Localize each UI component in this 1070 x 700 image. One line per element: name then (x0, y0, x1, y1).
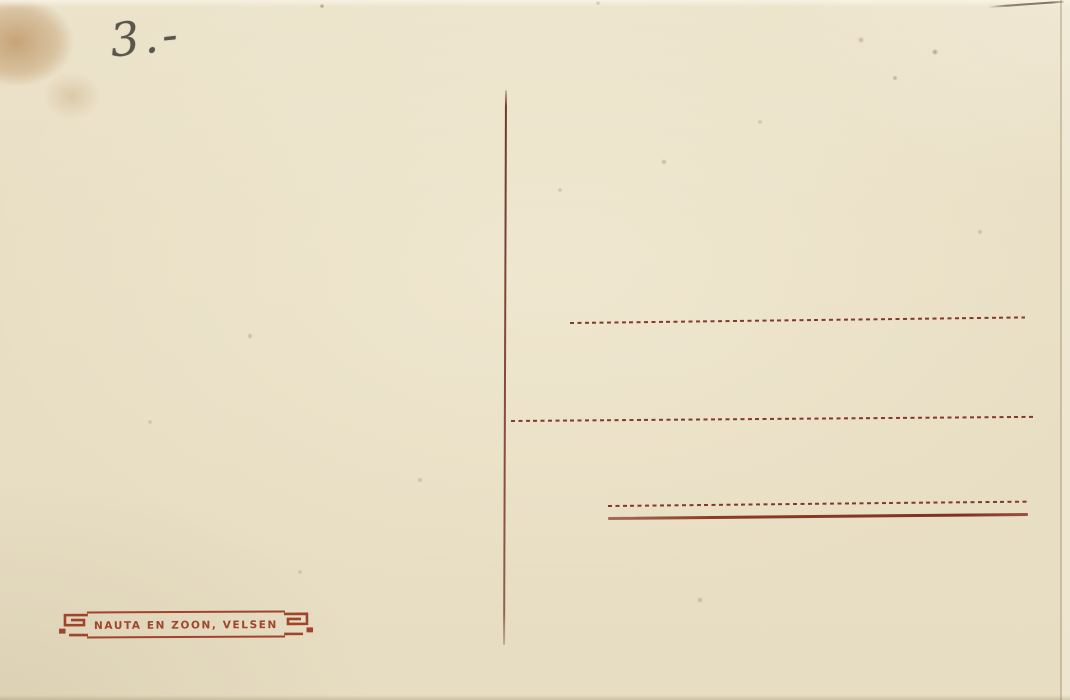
address-dotted-line-3 (608, 501, 1030, 508)
address-dotted-line-2 (511, 416, 1035, 423)
publisher-name: NAUTA EN ZOON, VELSEN (94, 619, 278, 632)
meander-ornament-right-icon (284, 610, 315, 637)
address-solid-underline (608, 513, 1028, 520)
meander-ornament-left-icon (57, 612, 88, 639)
publisher-mark: NAUTA EN ZOON, VELSEN (57, 610, 315, 638)
address-dotted-line-1 (570, 316, 1025, 324)
center-divider-line (503, 90, 507, 645)
handwritten-price-note: 3.- (107, 6, 184, 67)
card-right-edge-highlight (1062, 0, 1070, 700)
publisher-mark-frame: NAUTA EN ZOON, VELSEN (87, 610, 285, 638)
card-right-edge-crease (1060, 0, 1062, 700)
card-bottom-edge-shadow (0, 695, 1070, 700)
card-top-edge-highlight (0, 0, 1070, 7)
postcard-back: 3.- NAUTA EN ZOON, VELSEN (0, 0, 1070, 700)
